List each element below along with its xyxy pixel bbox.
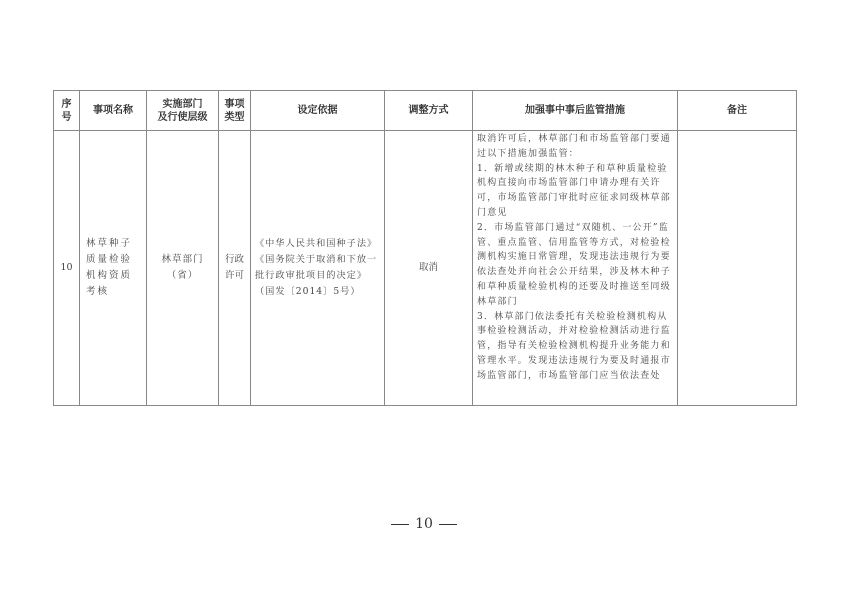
cell-basis-law: 《中华人民共和国种子法》 <box>255 236 380 252</box>
header-item-name: 事项名称 <box>80 91 147 131</box>
header-type-line2: 类型 <box>219 111 250 124</box>
cell-measures: 取消许可后，林草部门和市场监管部门要通过以下措施加强监管： 1．新增或续期的林木… <box>473 131 678 406</box>
cell-basis: 《中华人民共和国种子法》 《国务院关于取消和下放一批行政审批项目的决定》（国发〔… <box>251 131 385 406</box>
cell-dept-line1: 林草部门 <box>161 252 203 268</box>
header-basis: 设定依据 <box>251 91 385 131</box>
cell-dept-line2: （省） <box>161 268 203 284</box>
table-header-row: 序 号 事项名称 实施部门 及行使层级 事项 类型 设定依据 调整方式 加强事中… <box>54 91 797 131</box>
page-number: 10 <box>415 516 433 532</box>
header-seq: 序 号 <box>54 91 80 131</box>
cell-adjust: 取消 <box>385 131 473 406</box>
header-seq-line2: 号 <box>54 111 79 124</box>
header-adjust: 调整方式 <box>385 91 473 131</box>
header-dept-line2: 及行使层级 <box>147 111 218 124</box>
measures-item-1: 1．新增或续期的林木种子和草种质量检验机构直接向市场监管部门申请办理有关许可，市… <box>477 162 673 221</box>
cell-dept: 林草部门 （省） <box>147 131 219 406</box>
page-dash-left <box>391 524 409 525</box>
header-remarks: 备注 <box>678 91 797 131</box>
header-item-type: 事项 类型 <box>219 91 251 131</box>
measures-intro: 取消许可后，林草部门和市场监管部门要通过以下措施加强监管： <box>477 132 673 162</box>
measures-item-3: 3．林草部门依法委托有关检验检测机构从事检验检测活动，并对检验检测活动进行监管，… <box>477 310 673 384</box>
cell-item-type: 行政 许可 <box>219 131 251 406</box>
header-measures: 加强事中事后监管措施 <box>473 91 678 131</box>
policy-table: 序 号 事项名称 实施部门 及行使层级 事项 类型 设定依据 调整方式 加强事中… <box>53 90 797 406</box>
cell-seq: 10 <box>54 131 80 406</box>
table-row: 10 林草种子质量检验机构资质考核 林草部门 （省） 行政 许可 《中华人民共和… <box>54 131 797 406</box>
cell-basis-decision: 《国务院关于取消和下放一批行政审批项目的决定》（国发〔2014〕5号） <box>255 252 380 300</box>
cell-type-line1: 行政 <box>219 252 250 268</box>
header-seq-line1: 序 <box>54 98 79 111</box>
cell-type-line2: 许可 <box>219 268 250 284</box>
measures-item-2: 2．市场监管部门通过“双随机、一公开”监管、重点监管、信用监管等方式，对检验检测… <box>477 221 673 310</box>
page-dash-right <box>439 524 457 525</box>
header-dept: 实施部门 及行使层级 <box>147 91 219 131</box>
page-footer: 10 <box>0 516 848 532</box>
header-type-line1: 事项 <box>219 98 250 111</box>
cell-item-name: 林草种子质量检验机构资质考核 <box>80 131 147 406</box>
cell-remarks <box>678 131 797 406</box>
header-dept-line1: 实施部门 <box>147 98 218 111</box>
